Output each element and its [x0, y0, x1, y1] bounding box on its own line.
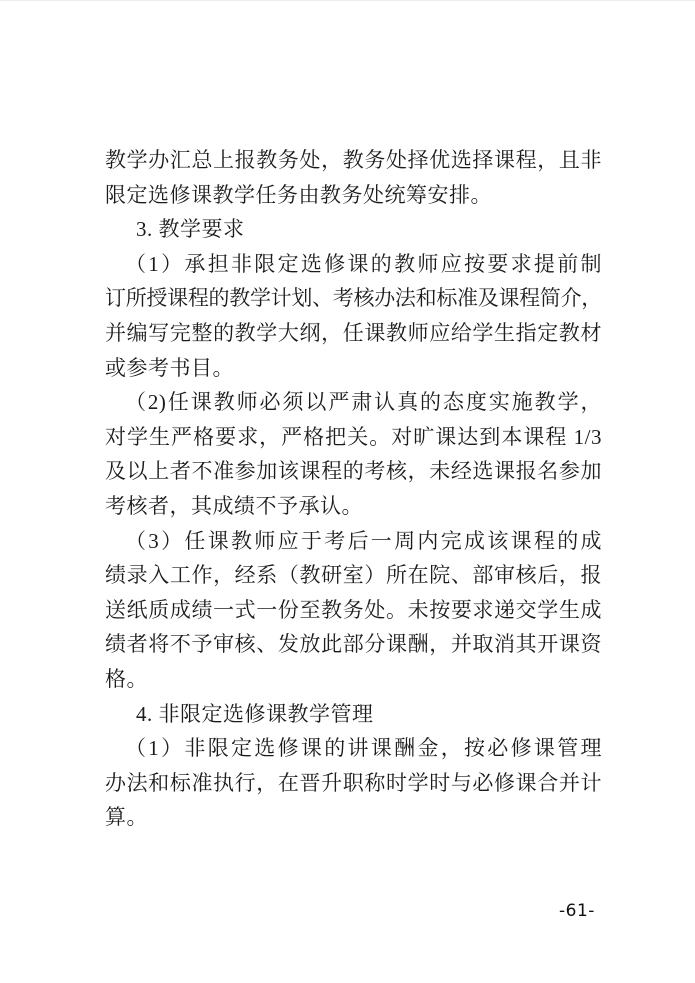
body-line-18: （1）非限定选修课的讲课酬金，按必修课管理 [105, 731, 602, 766]
body-line-10: 及以上者不准参加该课程的考核，未经选课报名参加 [105, 454, 602, 489]
body-line-6: 并编写完整的教学大纲，任课教师应给学生指定教材 [105, 316, 602, 351]
body-line-16: 格。 [105, 662, 602, 697]
body-line-1: 教学办汇总上报教务处，教务处择优选择课程，且非 [105, 143, 602, 178]
document-text-block: 教学办汇总上报教务处，教务处择优选择课程，且非 限定选修课教学任务由教务处统筹安… [105, 143, 602, 835]
heading-section-4-elective-course-management: 4. 非限定选修课教学管理 [105, 697, 602, 732]
body-line-12: （3）任课教师应于考后一周内完成该课程的成 [105, 524, 602, 559]
heading-section-3-teaching-requirements: 3. 教学要求 [105, 212, 602, 247]
body-line-11: 考核者，其成绩不予承认。 [105, 489, 602, 524]
document-page: 教学办汇总上报教务处，教务处择优选择课程，且非 限定选修课教学任务由教务处统筹安… [0, 0, 695, 983]
body-line-8: （2)任课教师必须以严肃认真的态度实施教学， [105, 385, 602, 420]
body-line-13: 绩录入工作，经系（教研室）所在院、部审核后，报 [105, 558, 602, 593]
body-line-7: 或参考书目。 [105, 351, 602, 386]
body-line-14: 送纸质成绩一式一份至教务处。未按要求递交学生成 [105, 593, 602, 628]
body-line-20: 算。 [105, 800, 602, 835]
body-line-15: 绩者将不予审核、发放此部分课酬，并取消其开课资 [105, 627, 602, 662]
body-line-2: 限定选修课教学任务由教务处统筹安排。 [105, 178, 602, 213]
body-line-4: （1）承担非限定选修课的教师应按要求提前制 [105, 247, 602, 282]
body-line-5: 订所授课程的教学计划、考核办法和标准及课程简介， [105, 281, 602, 316]
page-number: -61- [559, 900, 595, 922]
body-line-19: 办法和标准执行，在晋升职称时学时与必修课合并计 [105, 766, 602, 801]
body-line-9: 对学生严格要求，严格把关。对旷课达到本课程 1/3 [105, 420, 602, 455]
